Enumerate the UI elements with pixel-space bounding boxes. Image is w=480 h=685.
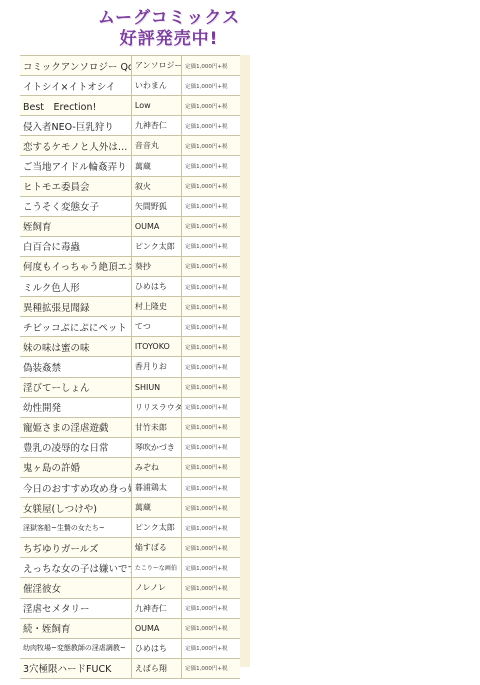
table-row: えっちな女の子は嫌いですか?たこりーな画伯定価1,000円+税 [20,558,240,578]
publisher-title: ムーグコミックス [0,8,260,28]
book-author: 矢間野狐 [132,197,182,216]
book-author: Low [132,96,182,115]
table-row: 催淫彼女ノレノレ定価1,000円+税 [20,578,240,598]
table-row: 幼肉牧場~変態教師の淫虐調教~ひめはち定価1,000円+税 [20,639,240,659]
book-title: ミルク色人形 [20,277,132,296]
table-row: 幼性開発リリスラウダ定価1,000円+税 [20,398,240,418]
book-title: 恋するケモノと人外は… [20,136,132,155]
book-price: 定価1,000円+税 [182,257,240,276]
header: ムーグコミックス 好評発売中! [0,8,260,50]
book-title: 豊乳の凌辱的な日常 [20,438,132,457]
book-title: 続・姪飼育 [20,619,132,638]
book-list-table: コミックアンソロジー QooPA vol.9アンソロジー定価1,000円+税イト… [20,55,240,679]
book-price: 定価1,000円+税 [182,458,240,477]
table-row: 恋するケモノと人外は…音音丸定価1,000円+税 [20,136,240,156]
book-author: てつ [132,317,182,336]
table-row: 寵姫さまの淫虐遊戯甘竹未郎定価1,000円+税 [20,418,240,438]
book-title: 白百合に毒蟲 [20,237,132,256]
book-price: 定価1,000円+税 [182,478,240,497]
book-title: ヒトモエ委員会 [20,177,132,196]
table-row: 3穴極限ハードFUCKえぱら翔定価1,000円+税 [20,659,240,679]
book-price: 定価1,000円+税 [182,418,240,437]
book-price: 定価1,000円+税 [182,76,240,95]
book-title: 偽装姦禁 [20,357,132,376]
book-price: 定価1,000円+税 [182,538,240,557]
book-title: ご当地アイドル輪姦弄り [20,156,132,175]
table-row: 鬼ヶ島の許婚みぞね定価1,000円+税 [20,458,240,478]
book-author: 葵抄 [132,257,182,276]
book-author: 萬蔵 [132,498,182,517]
table-row: イトシイ×イトオシイいわまん定価1,000円+税 [20,76,240,96]
book-author: 焔すばる [132,538,182,557]
book-price: 定価1,000円+税 [182,177,240,196]
table-row: 豊乳の凌辱的な日常琴吹かづき定価1,000円+税 [20,438,240,458]
table-row: こうそく変態女子矢間野狐定価1,000円+税 [20,197,240,217]
table-row: 偽装姦禁香月りお定価1,000円+税 [20,357,240,377]
book-author: 音音丸 [132,136,182,155]
book-price: 定価1,000円+税 [182,277,240,296]
book-price: 定価1,000円+税 [182,197,240,216]
book-title: 幼性開発 [20,398,132,417]
book-author: 九神杏仁 [132,599,182,618]
book-author: OUMA [132,619,182,638]
book-title: ちぢゆりガールズ [20,538,132,557]
table-row: ちぢゆりガールズ焔すばる定価1,000円+税 [20,538,240,558]
book-price: 定価1,000円+税 [182,599,240,618]
table-row: 何度もイっちゃう絶頂エステ葵抄定価1,000円+税 [20,257,240,277]
book-title: えっちな女の子は嫌いですか? [20,558,132,577]
book-price: 定価1,000円+税 [182,96,240,115]
book-title: 姪飼育 [20,217,132,236]
book-title: 3穴極限ハードFUCK [20,659,132,678]
book-title: Best Erection! [20,96,132,115]
book-title: 淫虐セメタリー [20,599,132,618]
book-title: 侵入者NEO-巨乳狩り [20,116,132,135]
book-price: 定価1,000円+税 [182,438,240,457]
book-author: 村上隆史 [132,297,182,316]
book-title: 淫びてーしょん [20,378,132,397]
book-price: 定価1,000円+税 [182,136,240,155]
book-author: ITOYOKO [132,337,182,356]
table-row: ご当地アイドル輪姦弄り萬蔵定価1,000円+税 [20,156,240,176]
book-price: 定価1,000円+税 [182,498,240,517]
book-price: 定価1,000円+税 [182,217,240,236]
book-author: SHIUN [132,378,182,397]
book-title: こうそく変態女子 [20,197,132,216]
book-price: 定価1,000円+税 [182,237,240,256]
book-author: ピンク太郎 [132,518,182,537]
book-title: 淫獄客船~生贄の女たち~ [20,518,132,537]
table-row: 続・姪飼育OUMA定価1,000円+税 [20,619,240,639]
book-title: チビッコぷにぷにペット [20,317,132,336]
book-price: 定価1,000円+税 [182,619,240,638]
book-price: 定価1,000円+税 [182,639,240,658]
book-title: 異種拡張見聞録 [20,297,132,316]
book-title: コミックアンソロジー QooPA vol.9 [20,56,132,75]
book-title: 寵姫さまの淫虐遊戯 [20,418,132,437]
book-price: 定価1,000円+税 [182,378,240,397]
table-row: 淫びてーしょんSHIUN定価1,000円+税 [20,378,240,398]
book-price: 定価1,000円+税 [182,156,240,175]
book-title: 女躾屋(しつけや) [20,498,132,517]
table-row: 白百合に毒蟲ピンク太郎定価1,000円+税 [20,237,240,257]
book-author: リリスラウダ [132,398,182,417]
table-row: ミルク色人形ひめはち定価1,000円+税 [20,277,240,297]
book-author: 叙火 [132,177,182,196]
book-price: 定価1,000円+税 [182,659,240,678]
table-row: チビッコぷにぷにペットてつ定価1,000円+税 [20,317,240,337]
book-author: OUMA [132,217,182,236]
book-author: 九神杏仁 [132,116,182,135]
book-title: イトシイ×イトオシイ [20,76,132,95]
book-author: みぞね [132,458,182,477]
decorative-strip [240,55,250,667]
on-sale-subtitle: 好評発売中! [0,28,260,50]
table-row: 今日のおすすめ攻め身っ娘暮浦鶏太定価1,000円+税 [20,478,240,498]
book-price: 定価1,000円+税 [182,297,240,316]
book-author: いわまん [132,76,182,95]
table-row: 妹の味は蜜の味ITOYOKO定価1,000円+税 [20,337,240,357]
book-author: 暮浦鶏太 [132,478,182,497]
book-price: 定価1,000円+税 [182,357,240,376]
table-row: 淫獄客船~生贄の女たち~ピンク太郎定価1,000円+税 [20,518,240,538]
table-row: 淫虐セメタリー九神杏仁定価1,000円+税 [20,599,240,619]
table-row: Best Erection!Low定価1,000円+税 [20,96,240,116]
table-row: ヒトモエ委員会叙火定価1,000円+税 [20,177,240,197]
book-author: ノレノレ [132,578,182,597]
book-author: ひめはち [132,277,182,296]
book-price: 定価1,000円+税 [182,317,240,336]
book-price: 定価1,000円+税 [182,558,240,577]
book-author: えぱら翔 [132,659,182,678]
book-author: ひめはち [132,639,182,658]
book-price: 定価1,000円+税 [182,337,240,356]
table-row: 女躾屋(しつけや)萬蔵定価1,000円+税 [20,498,240,518]
book-author: たこりーな画伯 [132,558,182,577]
book-author: ピンク太郎 [132,237,182,256]
table-row: コミックアンソロジー QooPA vol.9アンソロジー定価1,000円+税 [20,56,240,76]
book-price: 定価1,000円+税 [182,518,240,537]
book-title: 妹の味は蜜の味 [20,337,132,356]
book-title: 何度もイっちゃう絶頂エステ [20,257,132,276]
book-price: 定価1,000円+税 [182,116,240,135]
book-price: 定価1,000円+税 [182,56,240,75]
book-author: 甘竹未郎 [132,418,182,437]
book-title: 幼肉牧場~変態教師の淫虐調教~ [20,639,132,658]
book-title: 鬼ヶ島の許婚 [20,458,132,477]
table-row: 姪飼育OUMA定価1,000円+税 [20,217,240,237]
book-author: アンソロジー [132,56,182,75]
book-price: 定価1,000円+税 [182,578,240,597]
table-row: 異種拡張見聞録村上隆史定価1,000円+税 [20,297,240,317]
table-row: 侵入者NEO-巨乳狩り九神杏仁定価1,000円+税 [20,116,240,136]
book-price: 定価1,000円+税 [182,398,240,417]
book-author: 香月りお [132,357,182,376]
book-title: 催淫彼女 [20,578,132,597]
book-title: 今日のおすすめ攻め身っ娘 [20,478,132,497]
book-author: 琴吹かづき [132,438,182,457]
book-author: 萬蔵 [132,156,182,175]
